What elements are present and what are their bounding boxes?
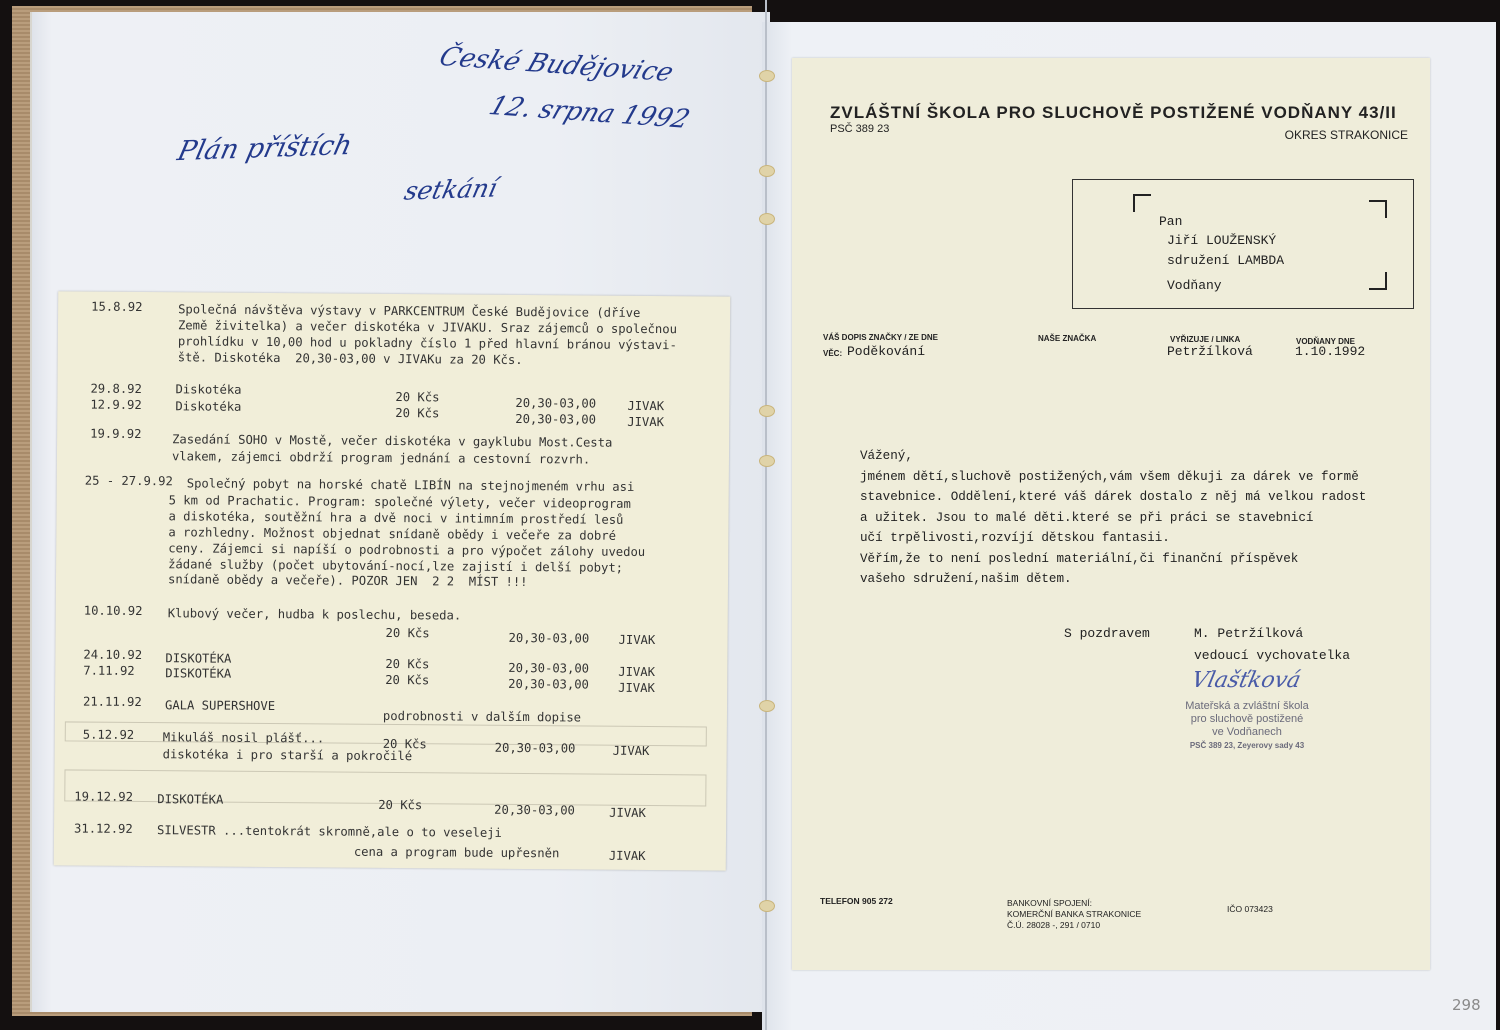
handwritten-title-line2: setkání bbox=[402, 173, 501, 205]
date-value: 1.10.1992 bbox=[1295, 344, 1365, 359]
schedule-event: Diskotéka bbox=[175, 399, 241, 414]
schedule-price: 20 Kčs bbox=[395, 406, 439, 420]
schedule-time: 20,30-03,00 bbox=[495, 741, 576, 756]
signer-name: M. Petržílková bbox=[1194, 626, 1303, 641]
letter-sheet: ZVLÁŠTNÍ ŠKOLA PRO SLUCHOVĚ POSTIŽENÉ VO… bbox=[792, 58, 1430, 970]
schedule-text: snídaně obědy a večeře). POZOR JEN 2 2 M… bbox=[168, 572, 528, 589]
body-line: a užitek. Jsou to malé děti.které se při… bbox=[860, 508, 1366, 529]
schedule-date: 15.8.92 bbox=[91, 300, 142, 314]
stamp-line: Mateřská a zvláštní škola bbox=[1172, 700, 1322, 713]
address-line: Vodňany bbox=[1167, 278, 1222, 293]
footer-ico: IČO 073423 bbox=[1227, 904, 1273, 915]
binding-stitch bbox=[759, 70, 775, 82]
schedule-text: Společný pobyt na horské chatě LIBÍN na … bbox=[187, 476, 635, 494]
schedule-time: 20,30-03,00 bbox=[508, 677, 589, 692]
schedule-event: GALA SUPERSHOVE bbox=[165, 698, 275, 713]
body-line: jménem dětí,sluchově postižených,vám vše… bbox=[860, 467, 1366, 488]
schedule-place: JIVAK bbox=[613, 744, 650, 758]
letterhead-psc: PSČ 389 23 bbox=[830, 123, 889, 135]
binding-stitch bbox=[759, 900, 775, 912]
handled-by-value: Petržílková bbox=[1167, 344, 1253, 359]
label-your-ref: VÁŠ DOPIS ZNAČKY / ZE DNE bbox=[823, 333, 938, 342]
schedule-event: DISKOTÉKA bbox=[157, 792, 223, 807]
schedule-event: DISKOTÉKA bbox=[165, 651, 231, 666]
schedule-event: DISKOTÉKA bbox=[165, 666, 231, 681]
binding-stitch bbox=[759, 165, 775, 177]
schedule-text: ště. Diskotéka 20,30-03,00 v JIVAKu za 2… bbox=[178, 350, 523, 367]
body-line: Vážený, bbox=[860, 446, 1366, 467]
schedule-text: prohlídku v 10,00 hod u pokladny číslo 1… bbox=[178, 334, 677, 352]
schedule-text: vlakem, zájemci obdrží program jednání a… bbox=[172, 449, 590, 466]
schedule-date: 24.10.92 bbox=[83, 648, 142, 662]
letterhead-district: OKRES STRAKONICE bbox=[1285, 128, 1408, 142]
schedule-time: 20,30-03,00 bbox=[508, 661, 589, 676]
address-corner-mark bbox=[1369, 200, 1387, 218]
schedule-date: 31.12.92 bbox=[74, 822, 133, 836]
schedule-place: JIVAK bbox=[618, 681, 655, 695]
schedule-text: 5 km od Prachatic. Program: společné výl… bbox=[169, 493, 631, 511]
schedule-date: 25 - 27.9.92 bbox=[85, 474, 173, 489]
schedule-date: 21.11.92 bbox=[83, 695, 142, 709]
schedule-event: diskotéka i pro starší a pokročilé bbox=[163, 747, 413, 763]
body-line: učí trpělivosti,rozvíjí dětskou fantasii… bbox=[860, 528, 1366, 549]
schedule-price: 20 Kčs bbox=[386, 626, 430, 640]
schedule-text: Země živitelka) a večer diskotéka v JIVA… bbox=[178, 318, 677, 336]
schedule-price: 20 Kčs bbox=[378, 798, 422, 812]
address-line: Jiří LOUŽENSKÝ bbox=[1167, 233, 1276, 248]
schedule-price: 20 Kčs bbox=[383, 737, 427, 751]
stamp-line: PSČ 389 23, Zeyerovy sady 43 bbox=[1172, 739, 1322, 752]
schedule-date: 12.9.92 bbox=[90, 398, 141, 412]
bank-label: BANKOVNÍ SPOJENÍ: bbox=[1007, 898, 1141, 909]
closing: S pozdravem bbox=[1064, 626, 1150, 641]
schedule-time: 20,30-03,00 bbox=[515, 412, 596, 427]
bank-name: KOMERČNÍ BANKA STRAKONICE bbox=[1007, 909, 1141, 920]
schedule-note: cena a program bude upřesněn bbox=[354, 845, 560, 861]
address-line: Pan bbox=[1159, 214, 1182, 229]
label-our-ref: NAŠE ZNAČKA bbox=[1038, 334, 1096, 343]
schedule-price: 20 Kčs bbox=[385, 657, 429, 671]
schedule-text: a rozhledny. Možnost objednat snídaně ob… bbox=[168, 525, 616, 543]
schedule-date: 10.10.92 bbox=[84, 604, 143, 618]
address-box: Pan Jiří LOUŽENSKÝ sdružení LAMBDA Vodňa… bbox=[1072, 179, 1414, 309]
page-number: 298 bbox=[1452, 996, 1481, 1014]
schedule-text: a diskotéka, soutěžní hra a dvě noci v i… bbox=[168, 509, 623, 527]
label-subject: VĚC: bbox=[823, 349, 842, 358]
schedule-event: Mikuláš nosil plášť... bbox=[163, 730, 325, 745]
schedule-price: 20 Kčs bbox=[385, 673, 429, 687]
subject-value: Poděkování bbox=[847, 344, 925, 359]
schedule-place: JIVAK bbox=[609, 849, 646, 863]
signer-role: vedoucí vychovatelka bbox=[1194, 648, 1350, 663]
schedule-time: 20,30-03,00 bbox=[494, 803, 575, 818]
handwritten-title-line1: Plán příštích bbox=[174, 130, 355, 167]
schedule-clipping: 15.8.92 Společná návštěva výstavy v PARK… bbox=[54, 291, 730, 870]
letter-body: Vážený,jménem dětí,sluchově postižených,… bbox=[860, 446, 1366, 590]
stamp-line: ve Vodňanech bbox=[1172, 726, 1322, 739]
schedule-time: 20,30-03,00 bbox=[509, 631, 590, 646]
schedule-date: 19.12.92 bbox=[74, 790, 133, 804]
binding-stitch bbox=[759, 213, 775, 225]
schedule-date: 5.12.92 bbox=[83, 728, 134, 742]
schedule-text: ceny. Zájemci si napíší o podrobnosti a … bbox=[168, 541, 645, 559]
binding-stitch bbox=[759, 700, 775, 712]
body-line: Věřím,že to není poslední materiální,či … bbox=[860, 549, 1366, 570]
address-corner-mark bbox=[1133, 194, 1151, 212]
schedule-place: JIVAK bbox=[609, 806, 646, 820]
address-line: sdružení LAMBDA bbox=[1167, 253, 1284, 268]
schedule-note: podrobnosti v dalším dopise bbox=[383, 709, 581, 725]
schedule-event: Klubový večer, hudba k poslechu, beseda. bbox=[168, 606, 462, 622]
footer-phone: TELEFON 905 272 bbox=[820, 896, 893, 907]
book-spine bbox=[765, 0, 767, 1030]
signature: Vlašťková bbox=[1189, 668, 1303, 693]
letterhead-title: ZVLÁŠTNÍ ŠKOLA PRO SLUCHOVĚ POSTIŽENÉ VO… bbox=[830, 103, 1397, 123]
schedule-place: JIVAK bbox=[627, 399, 664, 413]
schedule-text: Zasedání SOHO v Mostě, večer diskotéka v… bbox=[172, 432, 612, 449]
footer-bank: BANKOVNÍ SPOJENÍ: KOMERČNÍ BANKA STRAKON… bbox=[1007, 898, 1141, 931]
binding-stitch bbox=[759, 455, 775, 467]
bank-account: Č.Ú. 28028 -, 291 / 0710 bbox=[1007, 920, 1141, 931]
label-handled-by: VYŘIZUJE / LINKA bbox=[1170, 335, 1240, 344]
school-stamp: Mateřská a zvláštní škola pro sluchově p… bbox=[1172, 700, 1322, 752]
schedule-date: 29.8.92 bbox=[90, 382, 141, 396]
schedule-place: JIVAK bbox=[627, 415, 664, 429]
binding-stitch bbox=[759, 405, 775, 417]
schedule-price: 20 Kčs bbox=[395, 390, 439, 404]
schedule-text: Společná návštěva výstavy v PARKCENTRUM … bbox=[178, 302, 640, 320]
schedule-place: JIVAK bbox=[618, 665, 655, 679]
schedule-date: 7.11.92 bbox=[83, 664, 134, 678]
body-line: stavebnice. Oddělení,které váš dárek dos… bbox=[860, 487, 1366, 508]
schedule-event: SILVESTR ...tentokrát skromně,ale o to v… bbox=[157, 823, 502, 840]
schedule-date: 19.9.92 bbox=[90, 427, 141, 441]
schedule-place: JIVAK bbox=[618, 633, 655, 647]
schedule-event: Diskotéka bbox=[175, 382, 241, 397]
address-corner-mark bbox=[1369, 272, 1387, 290]
stamp-line: pro sluchově postižené bbox=[1172, 713, 1322, 726]
schedule-time: 20,30-03,00 bbox=[515, 396, 596, 411]
body-line: vašeho sdružení,našim dětem. bbox=[860, 569, 1366, 590]
